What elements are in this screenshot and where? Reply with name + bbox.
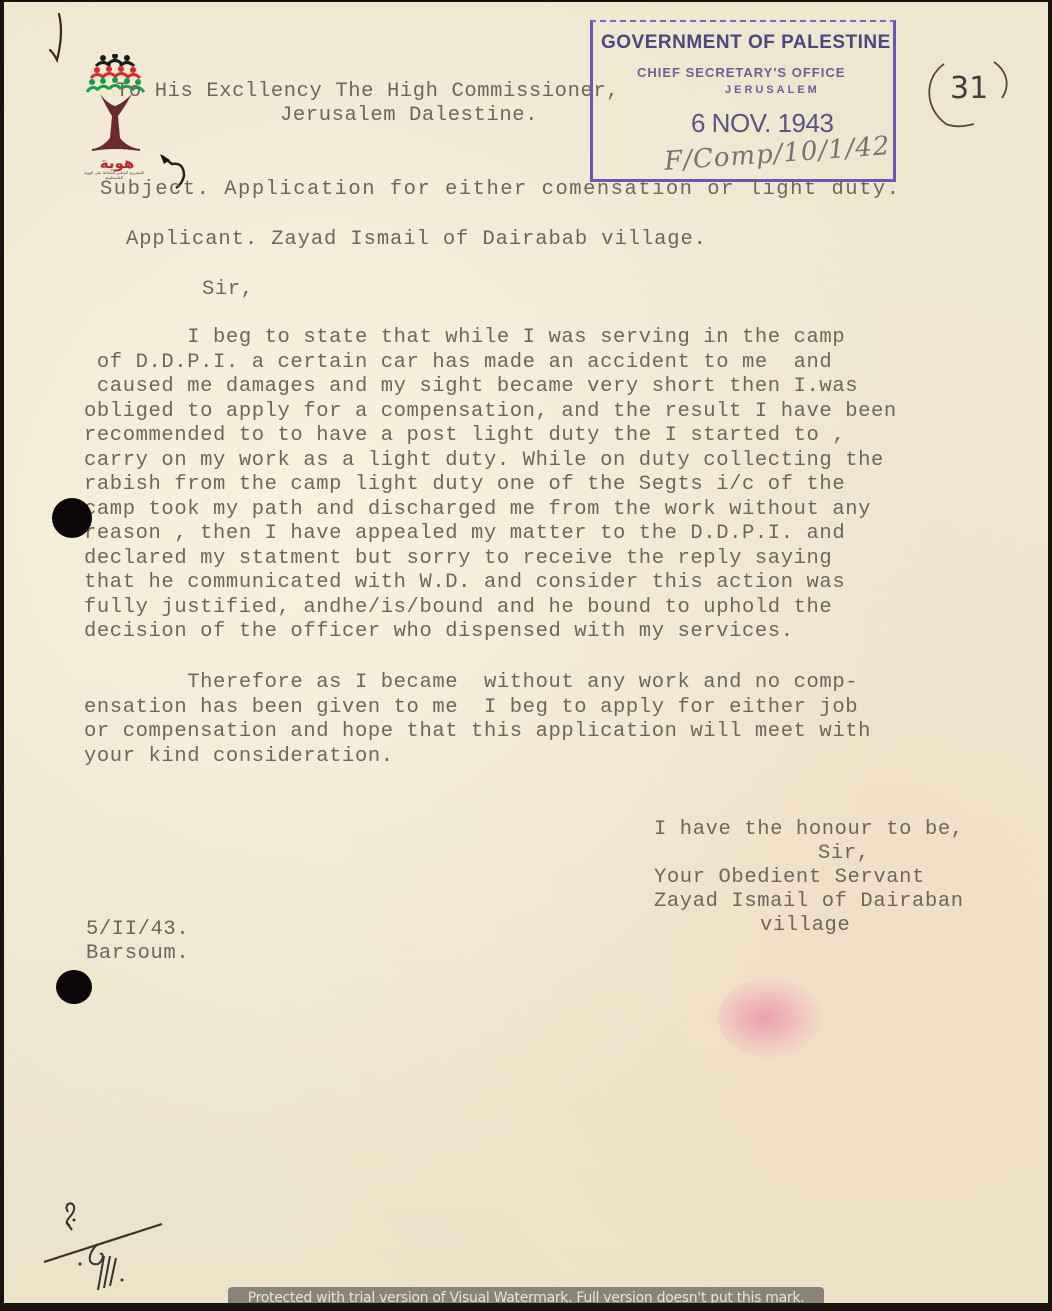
closing-honour: I have the honour to be, [654, 818, 964, 843]
body-line: of D.D.P.I. a certain car has made an ac… [84, 351, 832, 376]
body-line: camp took my path and discharged me from… [84, 498, 871, 523]
addressee-line-2: Jerusalem Dalestine. [280, 104, 538, 129]
salutation: Sir, [202, 278, 254, 303]
body-line: that he communicated with W.D. and consi… [84, 571, 845, 596]
stamp-government: GOVERNMENT OF PALESTINE [601, 32, 891, 54]
check-mark-icon [46, 12, 66, 64]
body-line: fully justified, andhe/is/bound and he b… [84, 596, 832, 621]
body-line: carry on my work as a light duty. While … [84, 449, 884, 474]
body-line: or compensation and hope that this appli… [84, 720, 871, 745]
body-line: declared my statment but sorry to receiv… [84, 547, 832, 572]
heritage-logo: هوية المشروع الوطني للحفاظ على الهوية ال… [86, 54, 148, 184]
applicant-line: Applicant. Zayad Ismail of Dairabab vill… [126, 228, 707, 253]
body-line: Therefore as I became without any work a… [84, 671, 858, 696]
body-line: I beg to state that while I was serving … [84, 326, 845, 351]
handwritten-initials [42, 1200, 172, 1300]
body-line: ensation has been given to me I beg to a… [84, 696, 858, 721]
folio-number: 31 [922, 58, 1016, 132]
red-seal-stain [718, 978, 822, 1058]
document-date: 5/II/43. [86, 918, 189, 943]
addressee-line-1: To His Excllency The High Commissioner, [116, 80, 619, 105]
folio-bracket-icon: 31 [922, 58, 1016, 132]
signature-village: village [760, 914, 850, 939]
document-page: هوية المشروع الوطني للحفاظ على الهوية ال… [4, 2, 1048, 1305]
body-line: decision of the officer who dispensed wi… [84, 620, 794, 645]
body-line: caused me damages and my sight became ve… [84, 375, 858, 400]
stamp-city: JERUSALEM [725, 84, 820, 96]
closing-servant: Your Obedient Servant [654, 866, 925, 891]
tree-people-icon: هوية [86, 54, 148, 172]
punch-hole-upper [52, 498, 92, 538]
subject-line: Subject. Application for either comensat… [100, 178, 901, 203]
body-line: your kind consideration. [84, 745, 394, 770]
punch-hole-lower [56, 970, 92, 1004]
body-line: obliged to apply for a compensation, and… [84, 400, 897, 425]
typist-name: Barsoum. [86, 942, 189, 967]
closing-sir: Sir, [818, 842, 870, 867]
body-line: rabish from the camp light duty one of t… [84, 473, 845, 498]
stamp-date: 6 NOV. 1943 [691, 108, 833, 139]
svg-text:31: 31 [950, 71, 988, 106]
body-line: reason , then I have appealed my matter … [84, 522, 845, 547]
body-line: recommended to to have a post light duty… [84, 424, 845, 449]
scan-border [0, 1303, 1052, 1311]
stamp-office: CHIEF SECRETARY'S OFFICE [637, 65, 845, 80]
signature-name: Zayad Ismail of Dairaban [654, 890, 964, 915]
